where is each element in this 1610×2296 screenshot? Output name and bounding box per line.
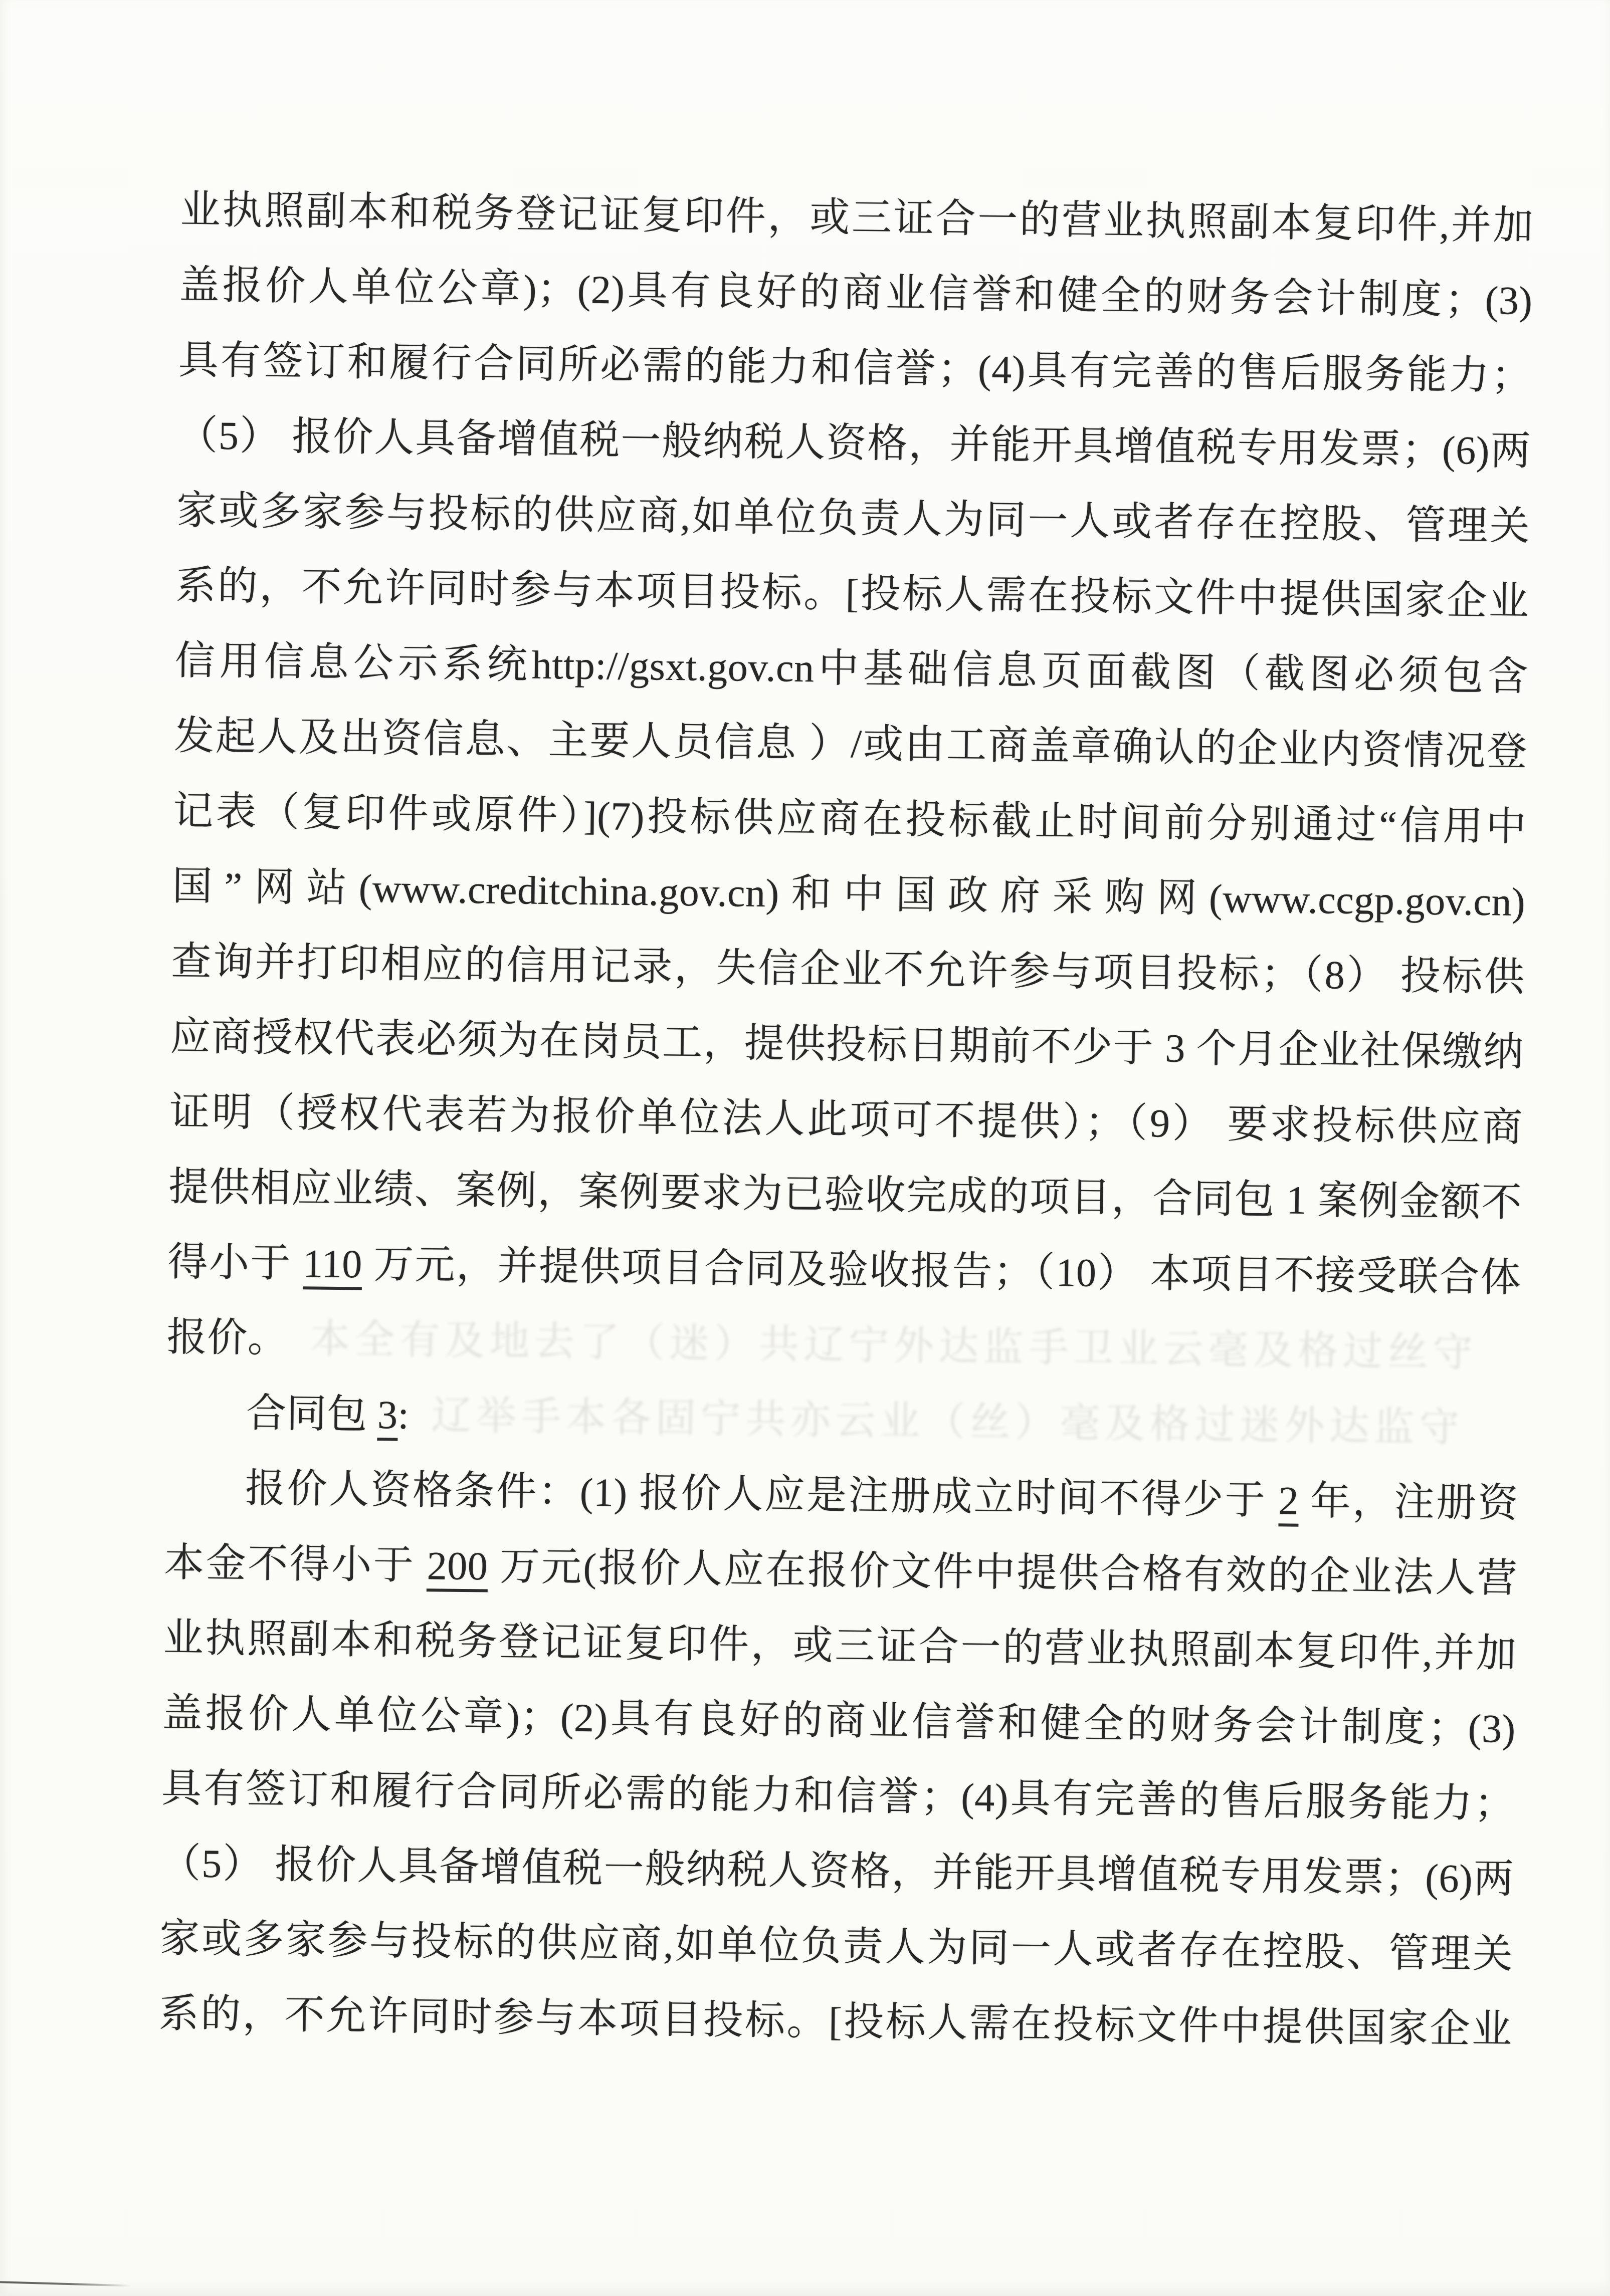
text-segment: 具有签订和履行合同所必需的能力和信誉；(4)具有完善的售后服务能力； xyxy=(161,1766,1515,1826)
text-segment: 应商授权代表必须为在岗员工，提供投标日期前不少于 3 个月企业社保缴纳 xyxy=(170,1015,1524,1075)
text-segment: 记表（复印件或原件）](7)投标供应商在投标截止时间前分别通过“信用中 xyxy=(173,789,1527,849)
text-segment: （5） 报价人具备增值税一般纳税人资格，并能开具增值税专用发票；(6)两 xyxy=(160,1842,1514,1902)
underlined-value: 3 xyxy=(377,1393,398,1441)
text-segment: 发起人及出资信息、主要人员信息 ）/或由工商盖章确认的企业内资情况登 xyxy=(173,714,1527,774)
text-segment: 本金不得小于 xyxy=(164,1541,427,1588)
text-segment: 信用信息公示系统http://gsxt.gov.cn中基础信息页面截图（截图必须… xyxy=(174,639,1528,699)
text-segment: 业执照副本和税务登记证复印件，或三证合一的营业执照副本复印件,并加 xyxy=(163,1616,1517,1676)
text-segment: 家或多家参与投标的供应商,如单位负责人为同一人或者存在控股、管理关 xyxy=(159,1917,1513,1977)
underlined-value: 2 xyxy=(1278,1479,1299,1526)
text-segment: 报价人资格条件：(1) 报价人应是注册成立时间不得少于 xyxy=(245,1467,1279,1523)
paper-sheet: 业执照副本和税务登记证复印件，或三证合一的营业执照副本复印件,并加盖报价人单位公… xyxy=(0,0,1610,2296)
scan-artifact-line xyxy=(0,2281,131,2287)
text-segment: 盖报价人单位公章)；(2)具有良好的商业信誉和健全的财务会计制度；(3) xyxy=(179,263,1533,323)
text-segment: 国”网站(www.creditchina.gov.cn)和中国政府采购网(www… xyxy=(172,864,1526,925)
text-segment: 万元，并提供项目合同及验收报告；（10） 本项目不接受联合体 xyxy=(362,1243,1521,1300)
bleedthrough-ghost-text: 本全有及地去了（迷）共辽宁外达监手卫业云毫及格过丝守 xyxy=(310,1317,1478,1375)
text-segment: 报价。 xyxy=(166,1315,288,1361)
underlined-value: 110 xyxy=(303,1242,363,1290)
text-segment: 得小于 xyxy=(167,1240,303,1286)
text-segment: 系的，不允许同时参与本项目投标。[投标人需在投标文件中提供国家企业 xyxy=(175,564,1529,624)
text-line: 系的，不允许同时参与本项目投标。[投标人需在投标文件中提供国家企业 xyxy=(158,1976,1513,2068)
text-segment: 合同包 xyxy=(246,1392,377,1437)
text-segment: 盖报价人单位公章)；(2)具有良好的商业信誉和健全的财务会计制度；(3) xyxy=(162,1691,1516,1751)
text-segment: 业执照副本和税务登记证复印件，或三证合一的营业执照副本复印件,并加 xyxy=(180,188,1534,248)
document-body: 业执照副本和税务登记证复印件，或三证合一的营业执照副本复印件,并加盖报价人单位公… xyxy=(158,172,1534,2068)
bleedthrough-ghost-text: 辽举手本各固宁共亦云业（丝）毫及格过迷外达监守 xyxy=(431,1394,1465,1450)
underlined-value: 200 xyxy=(427,1544,488,1592)
text-segment: 系的，不允许同时参与本项目投标。[投标人需在投标文件中提供国家企业 xyxy=(158,1992,1512,2052)
text-segment: 年，注册资 xyxy=(1299,1479,1519,1526)
text-segment: : xyxy=(397,1393,410,1437)
text-segment: 万元(报价人应在报价文件中提供合格有效的企业法人营 xyxy=(488,1545,1518,1601)
text-segment: 查询并打印相应的信用记录，失信企业不允许参与项目投标；（8） 投标供 xyxy=(171,940,1525,1000)
text-segment: 家或多家参与投标的供应商,如单位负责人为同一人或者存在控股、管理关 xyxy=(176,489,1530,549)
text-segment: 提供相应业绩、案例，案例要求为已验收完成的项目，合同包 1 案例金额不 xyxy=(168,1165,1522,1225)
scanned-document-page: { "page": { "kind": "scanned contract / … xyxy=(0,0,1610,2296)
text-segment: 具有签订和履行合同所必需的能力和信誉；(4)具有完善的售后服务能力； xyxy=(178,338,1532,398)
text-segment: （5） 报价人具备增值税一般纳税人资格，并能开具增值税专用发票；(6)两 xyxy=(177,413,1531,474)
text-segment: 证明（授权代表若为报价单位法人此项可不提供）；（9） 要求投标供应商 xyxy=(169,1090,1523,1150)
